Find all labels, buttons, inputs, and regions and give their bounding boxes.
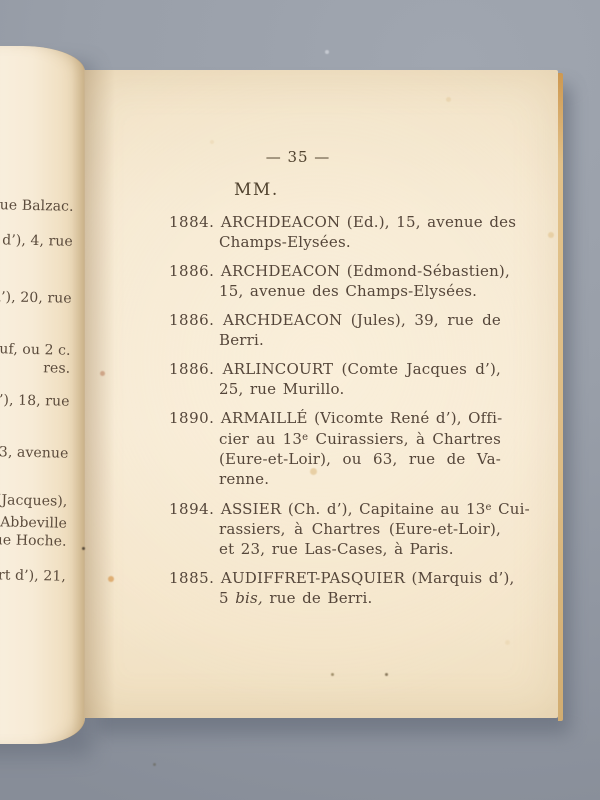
entry-text: ARLINCOURT (Comte Jacques d’), bbox=[223, 360, 501, 378]
entry-year: 1886. bbox=[169, 360, 214, 378]
entry-text: ARCHDEACON (Edmond-Sébastien), bbox=[221, 262, 510, 280]
entry-year: 1894. bbox=[169, 500, 214, 518]
entry-text: 15, avenue des Champs-Elysées. bbox=[219, 282, 477, 300]
entry-text: ARCHDEACON (Ed.), 15, avenue des bbox=[221, 213, 516, 231]
entry-first-line: 1886. ARLINCOURT (Comte Jacques d’), bbox=[169, 359, 501, 379]
entry-continuation-line: rassiers, à Chartres (Eure-et-Loir), bbox=[169, 519, 501, 539]
left-page-fragment: urs, à Abbeville bbox=[0, 513, 67, 531]
entry-continuation-line: Berri. bbox=[169, 330, 501, 350]
entry-text: bis, bbox=[235, 589, 263, 607]
entry-text: 25, rue Murillo. bbox=[219, 380, 344, 398]
page-number: — 35 — bbox=[248, 148, 348, 166]
entry-continuation-line: cier au 13e Cuirassiers, à Chartres bbox=[169, 428, 501, 449]
entry-text: rassiers, à Chartres (Eure-et-Loir), bbox=[219, 520, 501, 538]
left-page-fragment: res. bbox=[43, 360, 70, 377]
page-edge-stack bbox=[558, 73, 563, 721]
entry-first-line: 1884. ARCHDEACON (Ed.), 15, avenue des bbox=[169, 212, 501, 232]
directory-entry: 1886. ARCHDEACON (Edmond-Sébastien),15, … bbox=[169, 261, 501, 301]
entry-continuation-line: (Eure-et-Loir), ou 63, rue de Va- bbox=[169, 449, 501, 469]
foxing-spot bbox=[331, 673, 334, 676]
left-page-fragment: ippe d’), 4, rue bbox=[0, 232, 73, 250]
entry-continuation-line: 15, avenue des Champs-Elysées. bbox=[169, 281, 501, 301]
entry-text: renne. bbox=[219, 470, 269, 488]
entry-text: (Eure-et-Loir), ou 63, rue de Va- bbox=[219, 450, 501, 468]
directory-entry: 1886. ARLINCOURT (Comte Jacques d’),25, … bbox=[169, 359, 501, 399]
entry-year: 1890. bbox=[169, 409, 214, 427]
foxing-spot bbox=[310, 468, 317, 475]
directory-entry: 1885. AUDIFFRET-PASQUIER (Marquis d’),5 … bbox=[169, 568, 501, 608]
left-page-text-fragments: ), 19, rue Balzac.ippe d’), 4, ruerice d… bbox=[0, 46, 84, 744]
entry-text: Champs-Elysées. bbox=[219, 233, 351, 251]
foxing-spot bbox=[100, 371, 105, 376]
entry-continuation-line: 5 bis, rue de Berri. bbox=[169, 588, 501, 608]
entry-text: et 23, rue Las-Cases, à Paris. bbox=[219, 540, 454, 558]
salutation-heading: MM. bbox=[234, 180, 279, 200]
entry-text: ASSIER (Ch. d’), Capitaine au 13 bbox=[221, 500, 486, 518]
foxing-spot bbox=[505, 640, 510, 645]
entry-continuation-line: 25, rue Murillo. bbox=[169, 379, 501, 399]
left-page-fragment: N, 13, avenue bbox=[0, 444, 69, 462]
left-page-fragment: rice d’), 20, rue bbox=[0, 288, 72, 306]
foxing-spot bbox=[82, 547, 85, 550]
left-page: ), 19, rue Balzac.ippe d’), 4, ruerice d… bbox=[0, 46, 85, 744]
entry-text: 5 bbox=[219, 589, 235, 607]
entry-text: ARCHDEACON (Jules), 39, rue de bbox=[223, 311, 501, 329]
foxing-spot bbox=[108, 576, 114, 582]
foxing-spot bbox=[153, 763, 156, 766]
entry-text: AUDIFFRET-PASQUIER (Marquis d’), bbox=[221, 569, 515, 587]
left-page-fragment: Marbeuf, ou 2 c. bbox=[0, 340, 71, 358]
foxing-spot bbox=[385, 673, 388, 676]
entry-year: 1886. bbox=[169, 262, 214, 280]
entry-first-line: 1886. ARCHDEACON (Edmond-Sébastien), bbox=[169, 261, 501, 281]
foxing-spot bbox=[210, 140, 214, 144]
entry-text: ARMAILLÉ (Vicomte René d’), Offi- bbox=[221, 409, 503, 427]
directory-entry: 1884. ARCHDEACON (Ed.), 15, avenue desCh… bbox=[169, 212, 501, 252]
entry-year: 1884. bbox=[169, 213, 214, 231]
entry-text: cier au 13 bbox=[219, 430, 302, 448]
left-page-fragment: old d’), 18, rue bbox=[0, 392, 70, 410]
left-page-fragment: Chabert d’), 21, bbox=[0, 566, 66, 584]
entry-continuation-line: et 23, rue Las-Cases, à Paris. bbox=[169, 539, 501, 559]
foxing-spot bbox=[325, 50, 329, 54]
entry-continuation-line: renne. bbox=[169, 469, 501, 489]
left-page-fragment: enue Hoche. bbox=[0, 532, 67, 550]
entry-first-line: 1886. ARCHDEACON (Jules), 39, rue de bbox=[169, 310, 501, 330]
directory-entry: 1890. ARMAILLÉ (Vicomte René d’), Offi-c… bbox=[169, 408, 501, 489]
entry-first-line: 1894. ASSIER (Ch. d’), Capitaine au 13e … bbox=[169, 498, 501, 519]
entry-continuation-line: Champs-Elysées. bbox=[169, 232, 501, 252]
foxing-spot bbox=[446, 97, 451, 102]
directory-entry: 1886. ARCHDEACON (Jules), 39, rue deBerr… bbox=[169, 310, 501, 350]
entry-first-line: 1890. ARMAILLÉ (Vicomte René d’), Offi- bbox=[169, 408, 501, 428]
directory-entries: 1884. ARCHDEACON (Ed.), 15, avenue desCh… bbox=[169, 212, 501, 617]
foxing-spot bbox=[548, 232, 554, 238]
directory-entry: 1894. ASSIER (Ch. d’), Capitaine au 13e … bbox=[169, 498, 501, 559]
left-page-fragment: ), 19, rue Balzac. bbox=[0, 196, 74, 215]
right-page: — 35 — MM. 1884. ARCHDEACON (Ed.), 15, a… bbox=[78, 70, 558, 718]
entry-text: Cui- bbox=[492, 500, 530, 518]
entry-first-line: 1885. AUDIFFRET-PASQUIER (Marquis d’), bbox=[169, 568, 501, 588]
entry-year: 1885. bbox=[169, 569, 214, 587]
book-photo-scene: — 35 — MM. 1884. ARCHDEACON (Ed.), 15, a… bbox=[0, 0, 600, 800]
entry-text: rue de Berri. bbox=[263, 589, 373, 607]
left-page-fragment: ON (Jacques), bbox=[0, 492, 68, 510]
entry-year: 1886. bbox=[169, 311, 214, 329]
entry-text: Cuirassiers, à Chartres bbox=[308, 430, 501, 448]
entry-text: Berri. bbox=[219, 331, 264, 349]
